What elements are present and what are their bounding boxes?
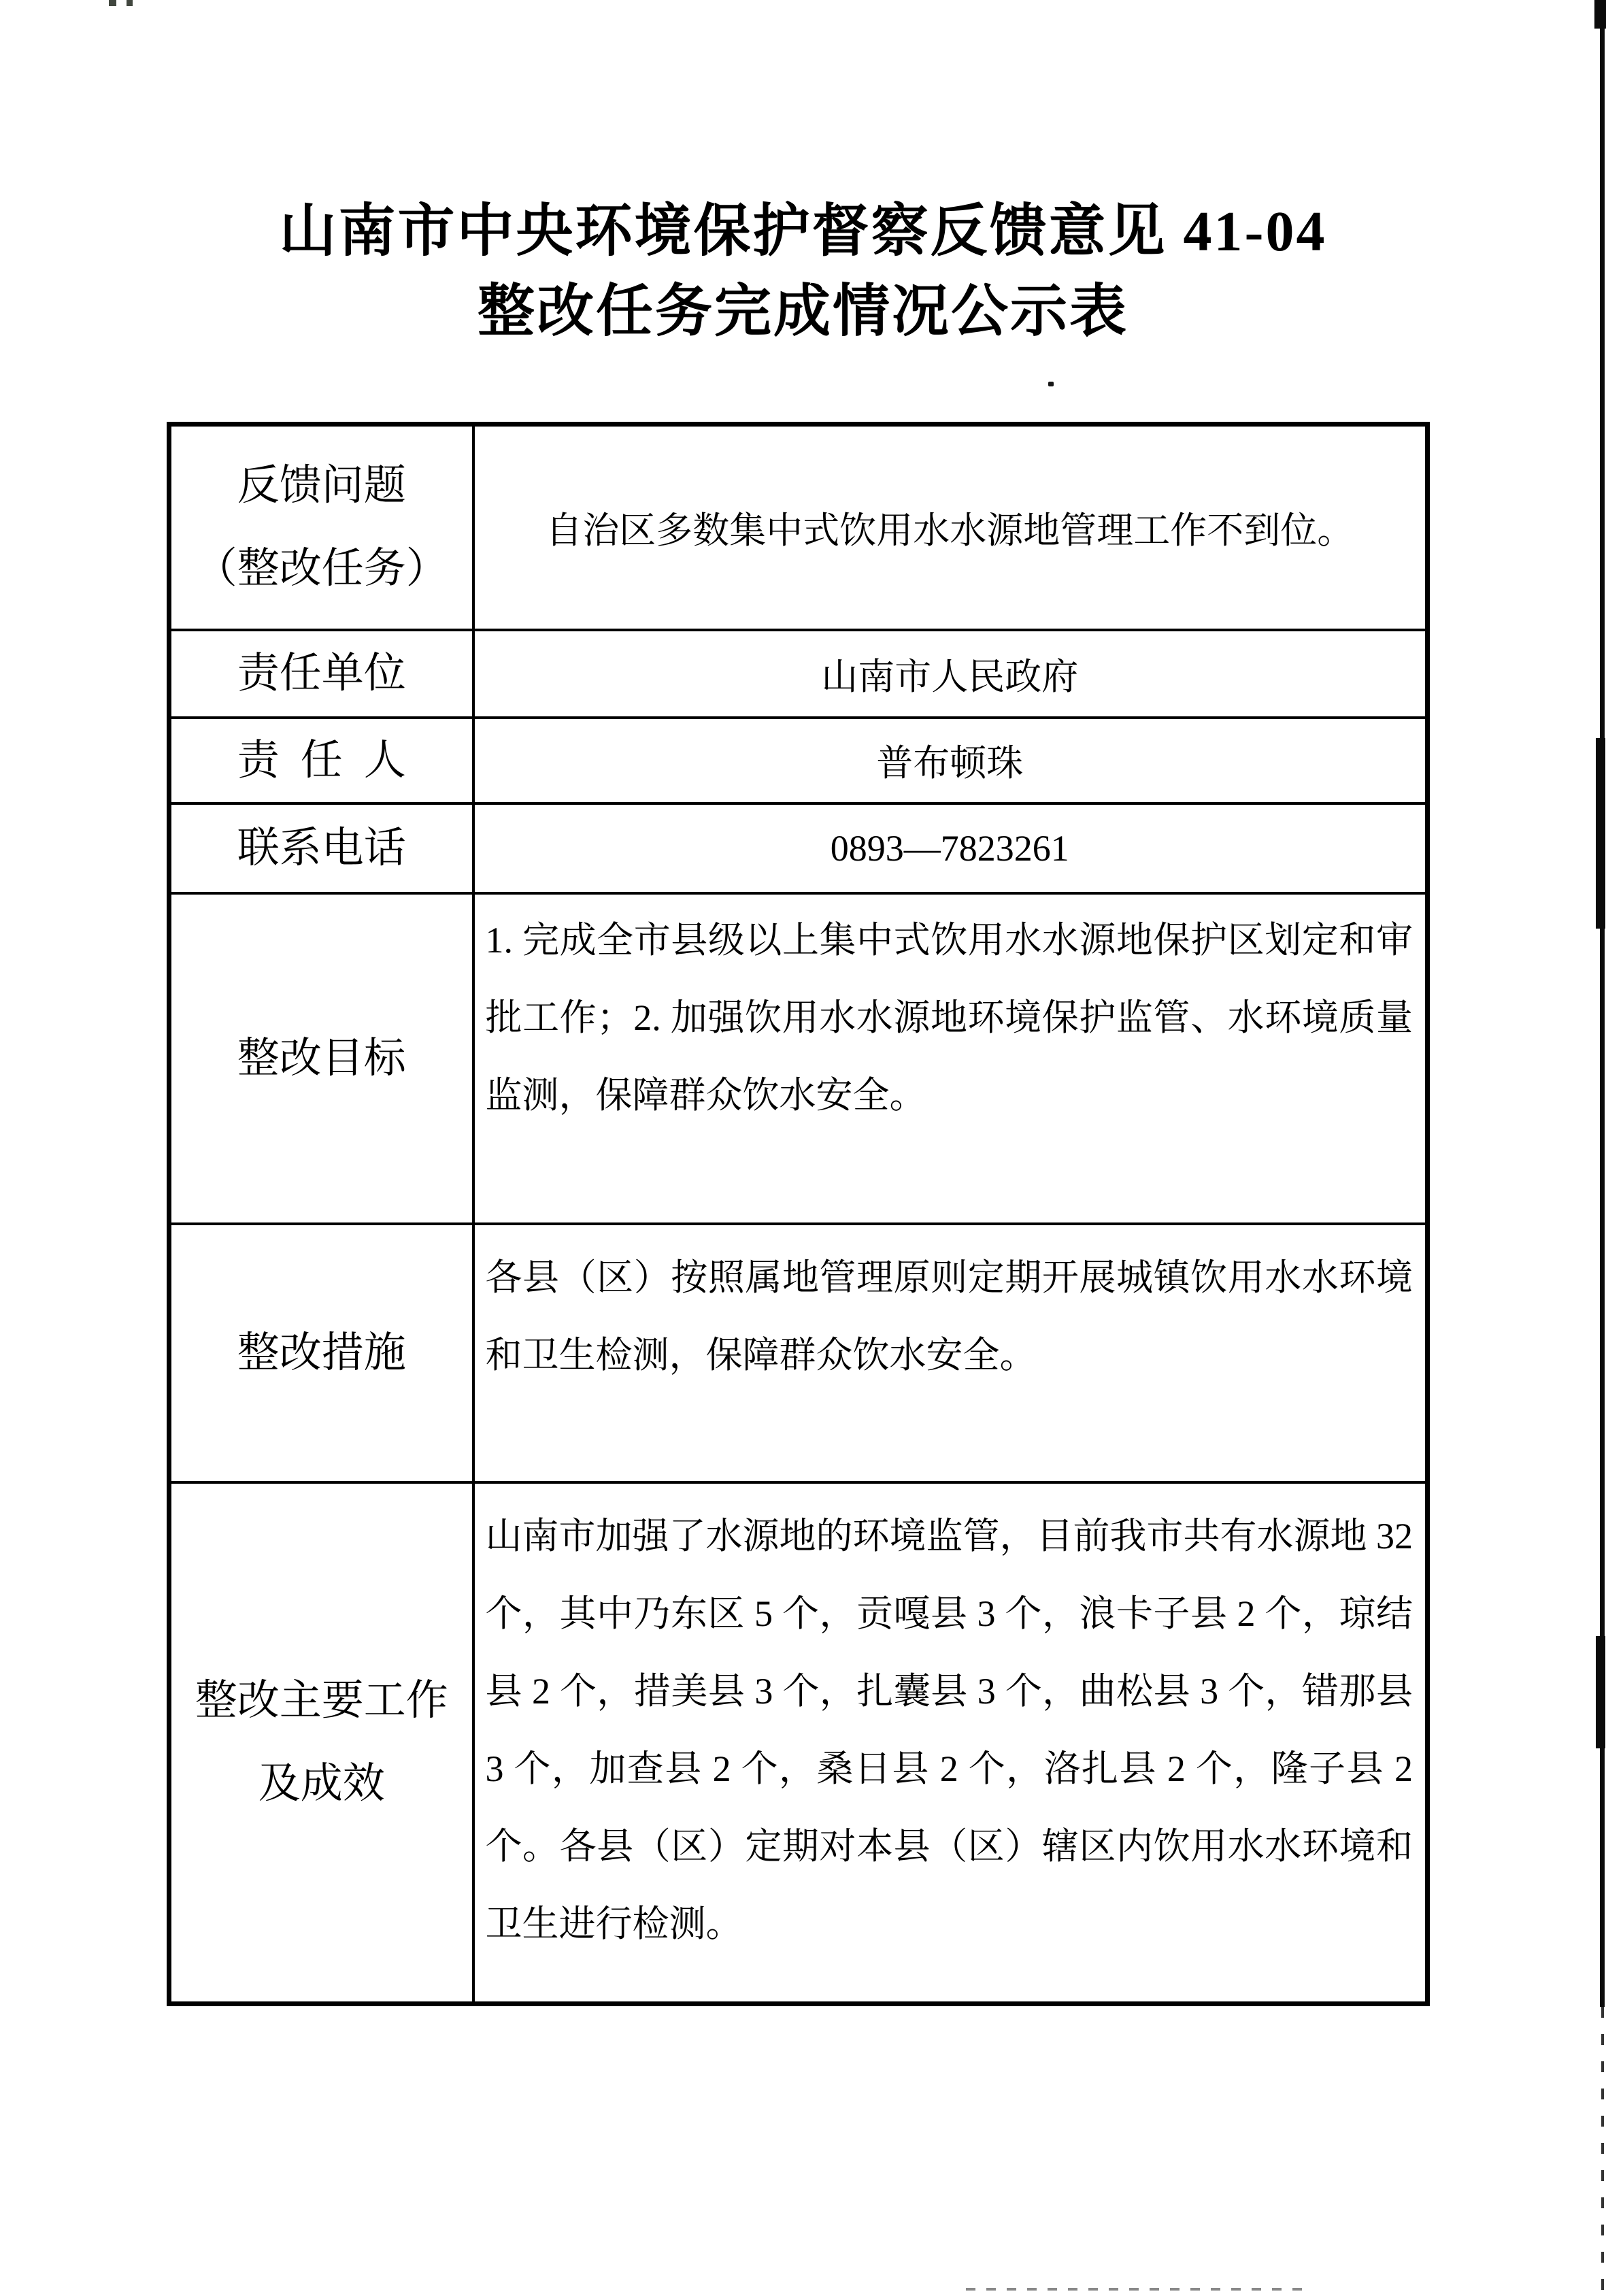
stray-dot-artifact bbox=[1048, 382, 1054, 386]
label-cell: 责 任 人 bbox=[169, 718, 473, 803]
content-text: 山南市加强了水源地的环境监管，目前我市共有水源地 32 个，其中乃东区 5 个，… bbox=[486, 1516, 1413, 1944]
label-cell: 整改措施 bbox=[169, 1224, 473, 1482]
content-cell: 山南市加强了水源地的环境监管，目前我市共有水源地 32 个，其中乃东区 5 个，… bbox=[473, 1482, 1428, 2004]
label-text: 联系电话 bbox=[237, 825, 406, 871]
scan-speck-icon bbox=[109, 0, 116, 6]
scan-edge-artifact bbox=[1594, 0, 1606, 29]
label-text: 责 任 人 bbox=[237, 737, 406, 784]
content-text: 1. 完成全市县级以上集中式饮用水水源地保护区划定和审批工作；2. 加强饮用水水… bbox=[486, 920, 1413, 1116]
scan-edge-artifact bbox=[966, 2288, 1306, 2291]
scan-edge-artifact bbox=[1596, 1636, 1605, 1748]
content-cell: 山南市人民政府 bbox=[473, 630, 1428, 718]
label-text: 整改主要工作 bbox=[171, 1659, 472, 1742]
table-row-feedback-problem: 反馈问题 （整改任务） 自治区多数集中式饮用水水源地管理工作不到位。 bbox=[169, 425, 1428, 630]
content-text: 各县（区）按照属地管理原则定期开展城镇饮用水水环境和卫生检测，保障群众饮水安全。 bbox=[486, 1257, 1413, 1376]
content-text: 山南市人民政府 bbox=[821, 656, 1078, 697]
table-row-rectification-measures: 整改措施 各县（区）按照属地管理原则定期开展城镇饮用水水环境和卫生检测，保障群众… bbox=[169, 1224, 1428, 1482]
table-row-responsible-person: 责 任 人 普布顿珠 bbox=[169, 718, 1428, 803]
content-text: 自治区多数集中式饮用水水源地管理工作不到位。 bbox=[546, 510, 1354, 551]
label-cell: 整改主要工作 及成效 bbox=[169, 1482, 473, 2004]
label-text: （整改任务） bbox=[171, 527, 472, 610]
title-line-1: 山南市中央环境保护督察反馈意见 41-04 bbox=[0, 192, 1606, 272]
label-text: 及成效 bbox=[171, 1742, 472, 1825]
label-text: 整改措施 bbox=[237, 1330, 406, 1376]
content-cell: 1. 完成全市县级以上集中式饮用水水源地保护区划定和审批工作；2. 加强饮用水水… bbox=[473, 893, 1428, 1224]
label-cell: 整改目标 bbox=[169, 893, 473, 1224]
label-cell: 联系电话 bbox=[169, 803, 473, 893]
content-cell: 0893—7823261 bbox=[473, 803, 1428, 893]
label-cell: 责任单位 bbox=[169, 630, 473, 718]
table-row-rectification-goal: 整改目标 1. 完成全市县级以上集中式饮用水水源地保护区划定和审批工作；2. 加… bbox=[169, 893, 1428, 1224]
label-text: 整改目标 bbox=[237, 1035, 406, 1082]
document-page: 山南市中央环境保护督察反馈意见 41-04 整改任务完成情况公示表 反馈问题 （… bbox=[0, 0, 1606, 2296]
content-cell: 各县（区）按照属地管理原则定期开展城镇饮用水水环境和卫生检测，保障群众饮水安全。 bbox=[473, 1224, 1428, 1482]
rectification-table: 反馈问题 （整改任务） 自治区多数集中式饮用水水源地管理工作不到位。 责任单位 … bbox=[167, 422, 1430, 2006]
content-text: 0893—7823261 bbox=[831, 828, 1069, 869]
title-line-2: 整改任务完成情况公示表 bbox=[0, 272, 1606, 352]
label-text: 责任单位 bbox=[237, 650, 406, 697]
table-row-contact-phone: 联系电话 0893—7823261 bbox=[169, 803, 1428, 893]
content-cell: 自治区多数集中式饮用水水源地管理工作不到位。 bbox=[473, 425, 1428, 630]
label-cell: 反馈问题 （整改任务） bbox=[169, 425, 473, 630]
label-text: 反馈问题 bbox=[171, 444, 472, 527]
scan-speck-icon bbox=[127, 0, 133, 6]
content-cell: 普布顿珠 bbox=[473, 718, 1428, 803]
content-text: 普布顿珠 bbox=[876, 743, 1023, 784]
table-row-main-work-results: 整改主要工作 及成效 山南市加强了水源地的环境监管，目前我市共有水源地 32 个… bbox=[169, 1482, 1428, 2004]
table-row-responsible-unit: 责任单位 山南市人民政府 bbox=[169, 630, 1428, 718]
scan-edge-artifact bbox=[1601, 2007, 1604, 2296]
scan-edge-artifact bbox=[1596, 738, 1605, 929]
document-title: 山南市中央环境保护督察反馈意见 41-04 整改任务完成情况公示表 bbox=[0, 192, 1606, 352]
